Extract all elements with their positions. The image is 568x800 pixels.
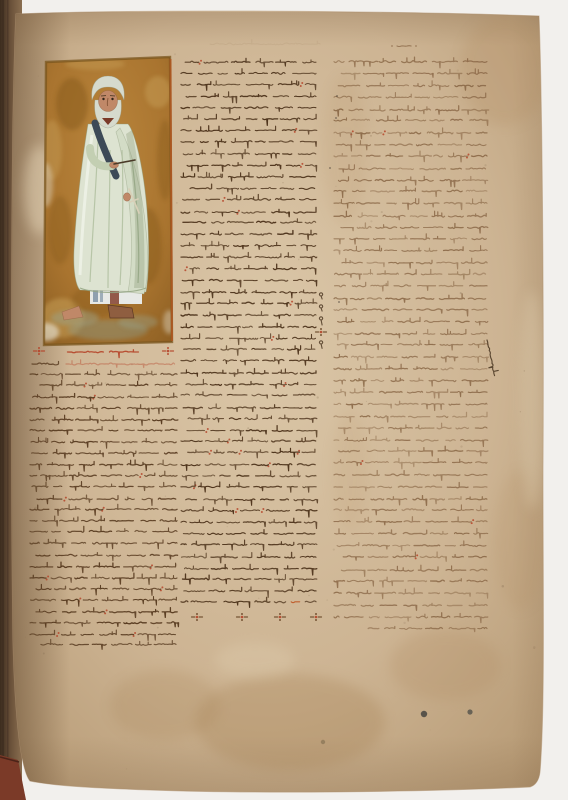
- ink-fleck: [329, 167, 331, 169]
- figure-eyes: [102, 98, 104, 100]
- miniature: [35, 57, 175, 345]
- manuscript-photo: [0, 0, 568, 800]
- figure-left-hand: [123, 193, 130, 201]
- ink-blot: [321, 740, 325, 744]
- ink-blot: [421, 711, 427, 717]
- manuscript-scene: [0, 0, 568, 800]
- ink-fleck: [336, 95, 338, 97]
- ink-blot: [467, 709, 472, 714]
- ink-fleck: [335, 117, 337, 119]
- ink-fleck: [338, 301, 340, 303]
